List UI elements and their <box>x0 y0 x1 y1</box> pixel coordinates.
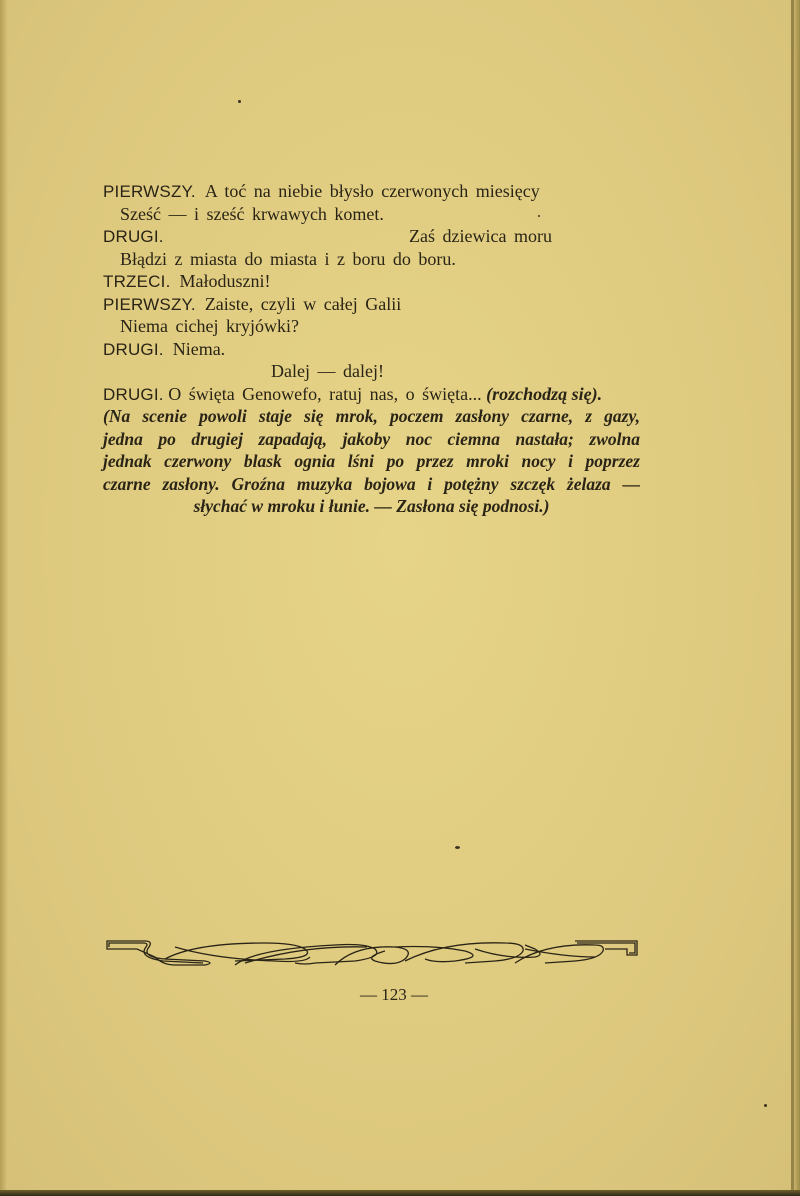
dialogue-text: Sześć — i sześć krwawych komet. <box>120 204 384 224</box>
stage-direction-line: (Na scenie powoli staje się mrok, poczem… <box>103 405 640 428</box>
dialogue-line: DRUGI. O święta Genowefo, ratuj nas, o ś… <box>103 383 663 406</box>
page-right-edge <box>794 0 800 1196</box>
dialogue-line: Dalej — dalej! <box>103 360 663 383</box>
stage-direction-line: jedna po drugiej zapadają, jakoby noc ci… <box>103 428 640 451</box>
page-number: — 123 — <box>0 985 794 1005</box>
dialogue-text: A toć na niebie błysło czerwonych miesię… <box>205 181 540 201</box>
dialogue-text: Niema cichej kryjówki? <box>120 316 299 336</box>
dialogue-line: Niema cichej kryjówki? <box>103 315 663 338</box>
speaker-name: DRUGI. <box>103 340 164 359</box>
paper-speck <box>764 1104 767 1107</box>
dialogue-text: Zaś dziewica moru <box>409 225 552 248</box>
play-text: PIERWSZY. A toć na niebie błysło czerwon… <box>103 180 663 518</box>
speaker-name: PIERWSZY. <box>103 182 196 201</box>
dialogue-text: Niema. <box>173 339 225 359</box>
page-right-edge-line <box>791 0 794 1196</box>
dialogue-text: Dalej — dalej! <box>271 360 384 383</box>
dialogue-text: Zaiste, czyli w całej Galii <box>205 294 401 314</box>
page-spine-shadow <box>0 0 8 1196</box>
dialogue-line: PIERWSZY. Zaiste, czyli w całej Galii <box>103 293 663 316</box>
stage-direction-line: słychać w mroku i łunie. — Zasłona się p… <box>103 495 640 518</box>
dialogue-line: Sześć — i sześć krwawych komet. <box>103 203 663 226</box>
dialogue-text: Błądzi z miasta do miasta i z boru do bo… <box>120 249 456 269</box>
dialogue-line: TRZECI. Małoduszni! <box>103 270 663 293</box>
speaker-name: PIERWSZY. <box>103 295 196 314</box>
dialogue-line: DRUGI. Zaś dziewica moru <box>103 225 663 248</box>
speaker-name: DRUGI. <box>103 227 164 246</box>
stage-note: (rozchodzą się). <box>486 384 602 404</box>
speaker-name: TRZECI. <box>103 272 171 291</box>
stage-direction-line: jednak czerwony blask ognia lśni po prze… <box>103 450 640 473</box>
stage-direction-line: czarne zasłony. Groźna muzyka bojowa i p… <box>103 473 640 496</box>
dialogue-line: PIERWSZY. A toć na niebie błysło czerwon… <box>103 180 663 203</box>
dialogue-line: DRUGI. Niema. <box>103 338 663 361</box>
art-nouveau-ornament-divider-icon <box>105 935 643 969</box>
page-bottom-edge <box>0 1190 800 1196</box>
dialogue-text: O święta Genowefo, ratuj nas, o święta..… <box>168 384 481 404</box>
paper-speck <box>455 846 460 849</box>
paper-speck <box>238 100 241 103</box>
speaker-name: DRUGI. <box>103 385 164 404</box>
dialogue-line: Błądzi z miasta do miasta i z boru do bo… <box>103 248 663 271</box>
dialogue-text: Małoduszni! <box>180 271 271 291</box>
